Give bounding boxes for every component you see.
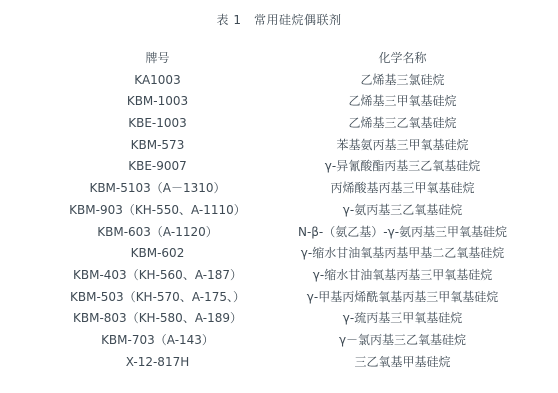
coupling-agents-table: 牌号 化学名称 KA1003 乙烯基三氯硅烷 KBM-1003 乙烯基三甲氧基硅…: [35, 48, 525, 373]
table-row: KBM-803（KH-580、A-189） γ-巯丙基三甲氧基硅烷: [35, 308, 525, 330]
column-header-chemical-name: 化学名称: [280, 48, 525, 70]
table-body: KA1003 乙烯基三氯硅烷 KBM-1003 乙烯基三甲氧基硅烷 KBE-10…: [35, 70, 525, 374]
chemical-name-cell: γ-氨丙基三乙氧基硅烷: [280, 200, 525, 222]
chemical-name-cell: 三乙氧基甲基硅烷: [280, 352, 525, 374]
table-row: KBM-602 γ-缩水甘油氧基丙基甲基二乙氧基硅烷: [35, 243, 525, 265]
table-row: X-12-817H 三乙氧基甲基硅烷: [35, 352, 525, 374]
table-row: KBE-9007 γ-异氰酸酯丙基三乙氧基硅烷: [35, 156, 525, 178]
brand-cell: KBM-403（KH-560、A-187）: [35, 265, 280, 287]
chemical-name-cell: 苯基氨丙基三甲氧基硅烷: [280, 135, 525, 157]
chemical-name-cell: γ-缩水甘油氧基丙基三甲氧基硅烷: [280, 265, 525, 287]
brand-cell: KBM-573: [35, 135, 280, 157]
chemical-name-cell: γ－氯丙基三乙氧基硅烷: [280, 330, 525, 352]
chemical-name-cell: 乙烯基三氯硅烷: [280, 70, 525, 92]
brand-cell: KBE-1003: [35, 113, 280, 135]
chemical-name-cell: γ-缩水甘油氧基丙基甲基二乙氧基硅烷: [280, 243, 525, 265]
table-row: KBM-603（A-1120） N-β-（氨乙基）-γ-氨丙基三甲氧基硅烷: [35, 222, 525, 244]
brand-cell: KBM-1003: [35, 91, 280, 113]
table-row: KBM-503（KH-570、A-175、） γ-甲基丙烯酰氧基丙基三甲氧基硅烷: [35, 287, 525, 309]
brand-cell: X-12-817H: [35, 352, 280, 374]
chemical-name-cell: 丙烯酸基丙基三甲氧基硅烷: [280, 178, 525, 200]
brand-cell: KBM-503（KH-570、A-175、）: [35, 287, 280, 309]
table-row: KBM-403（KH-560、A-187） γ-缩水甘油氧基丙基三甲氧基硅烷: [35, 265, 525, 287]
chemical-name-cell: N-β-（氨乙基）-γ-氨丙基三甲氧基硅烷: [280, 222, 525, 244]
brand-cell: KBM-803（KH-580、A-189）: [35, 308, 280, 330]
table-row: KA1003 乙烯基三氯硅烷: [35, 70, 525, 92]
brand-cell: KBM-603（A-1120）: [35, 222, 280, 244]
table-row: KBM-903（KH-550、A-1110） γ-氨丙基三乙氧基硅烷: [35, 200, 525, 222]
table-row: KBM-573 苯基氨丙基三甲氧基硅烷: [35, 135, 525, 157]
table-row: KBM-1003 乙烯基三甲氧基硅烷: [35, 91, 525, 113]
chemical-name-cell: γ-甲基丙烯酰氧基丙基三甲氧基硅烷: [280, 287, 525, 309]
brand-cell: KBM-903（KH-550、A-1110）: [35, 200, 280, 222]
chemical-name-cell: γ-巯丙基三甲氧基硅烷: [280, 308, 525, 330]
brand-cell: KBE-9007: [35, 156, 280, 178]
chemical-name-cell: 乙烯基三甲氧基硅烷: [280, 91, 525, 113]
brand-cell: KBM-5103（A－1310）: [35, 178, 280, 200]
table-caption: 表 1 常用硅烷偶联剂: [0, 13, 558, 27]
table-row: KBE-1003 乙烯基三乙氧基硅烷: [35, 113, 525, 135]
table-header-row: 牌号 化学名称: [35, 48, 525, 70]
chemical-name-cell: 乙烯基三乙氧基硅烷: [280, 113, 525, 135]
chemical-name-cell: γ-异氰酸酯丙基三乙氧基硅烷: [280, 156, 525, 178]
brand-cell: KBM-703（A-143）: [35, 330, 280, 352]
brand-cell: KA1003: [35, 70, 280, 92]
brand-cell: KBM-602: [35, 243, 280, 265]
column-header-brand: 牌号: [35, 48, 280, 70]
document-page: 表 1 常用硅烷偶联剂 牌号 化学名称 KA1003 乙烯基三氯硅烷 KBM-1…: [0, 0, 558, 393]
table-row: KBM-703（A-143） γ－氯丙基三乙氧基硅烷: [35, 330, 525, 352]
table-row: KBM-5103（A－1310） 丙烯酸基丙基三甲氧基硅烷: [35, 178, 525, 200]
